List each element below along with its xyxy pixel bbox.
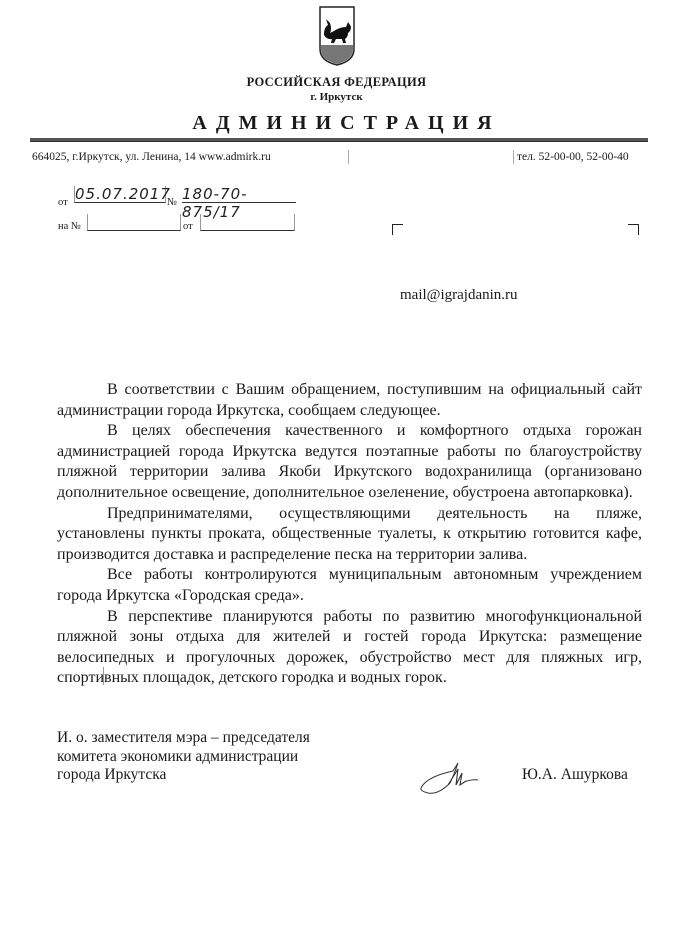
signatory-position: И. о. заместителя мэра – председателя ко… <box>57 729 310 785</box>
body-paragraph: Предпринимателями, осуществляющими деяте… <box>57 504 642 566</box>
address-line: 664025, г.Иркутск, ул. Ленина, 14 www.ad… <box>32 151 271 163</box>
ref-date-field <box>200 214 295 231</box>
ref-number-field <box>87 214 181 231</box>
address-block-corner-right <box>628 224 639 235</box>
date-field: 05.07.2017 <box>74 186 166 203</box>
position-line: И. о. заместителя мэра – председателя <box>57 729 310 748</box>
signatory-name: Ю.А. Ашуркова <box>522 766 628 784</box>
ref-number-label: на № <box>58 221 81 232</box>
coat-of-arms-icon <box>318 5 356 67</box>
position-line: города Иркутска <box>57 766 310 785</box>
handwritten-signature-icon <box>418 755 488 800</box>
recipient-email: mail@igrajdanin.ru <box>400 287 518 304</box>
federation-title: РОССИЙСКАЯ ФЕДЕРАЦИЯ <box>0 75 673 90</box>
address-separator <box>348 150 349 164</box>
address-block-corner-left <box>392 224 403 235</box>
letter-body: В соответствии с Вашим обращением, посту… <box>57 380 642 689</box>
organization-title: АДМИНИСТРАЦИЯ <box>0 112 673 135</box>
city-subtitle: г. Иркутск <box>0 91 673 103</box>
body-paragraph: В перспективе планируются работы по разв… <box>57 607 642 689</box>
header-rule <box>30 138 648 142</box>
scan-mark <box>103 667 104 685</box>
date-value: 05.07.2017 <box>75 185 171 203</box>
body-paragraph: В целях обеспечения качественного и комф… <box>57 421 642 503</box>
phone-line: тел. 52-00-00, 52-00-40 <box>517 151 629 163</box>
body-paragraph: В соответствии с Вашим обращением, посту… <box>57 380 642 421</box>
phone-separator <box>513 150 514 164</box>
number-label: № <box>167 197 177 208</box>
ref-date-label: от <box>183 221 193 232</box>
body-paragraph: Все работы контролируются муниципальным … <box>57 565 642 606</box>
number-field: 180-70-875/17 <box>182 186 296 203</box>
date-label: от <box>58 197 68 208</box>
position-line: комитета экономики администрации <box>57 748 310 767</box>
